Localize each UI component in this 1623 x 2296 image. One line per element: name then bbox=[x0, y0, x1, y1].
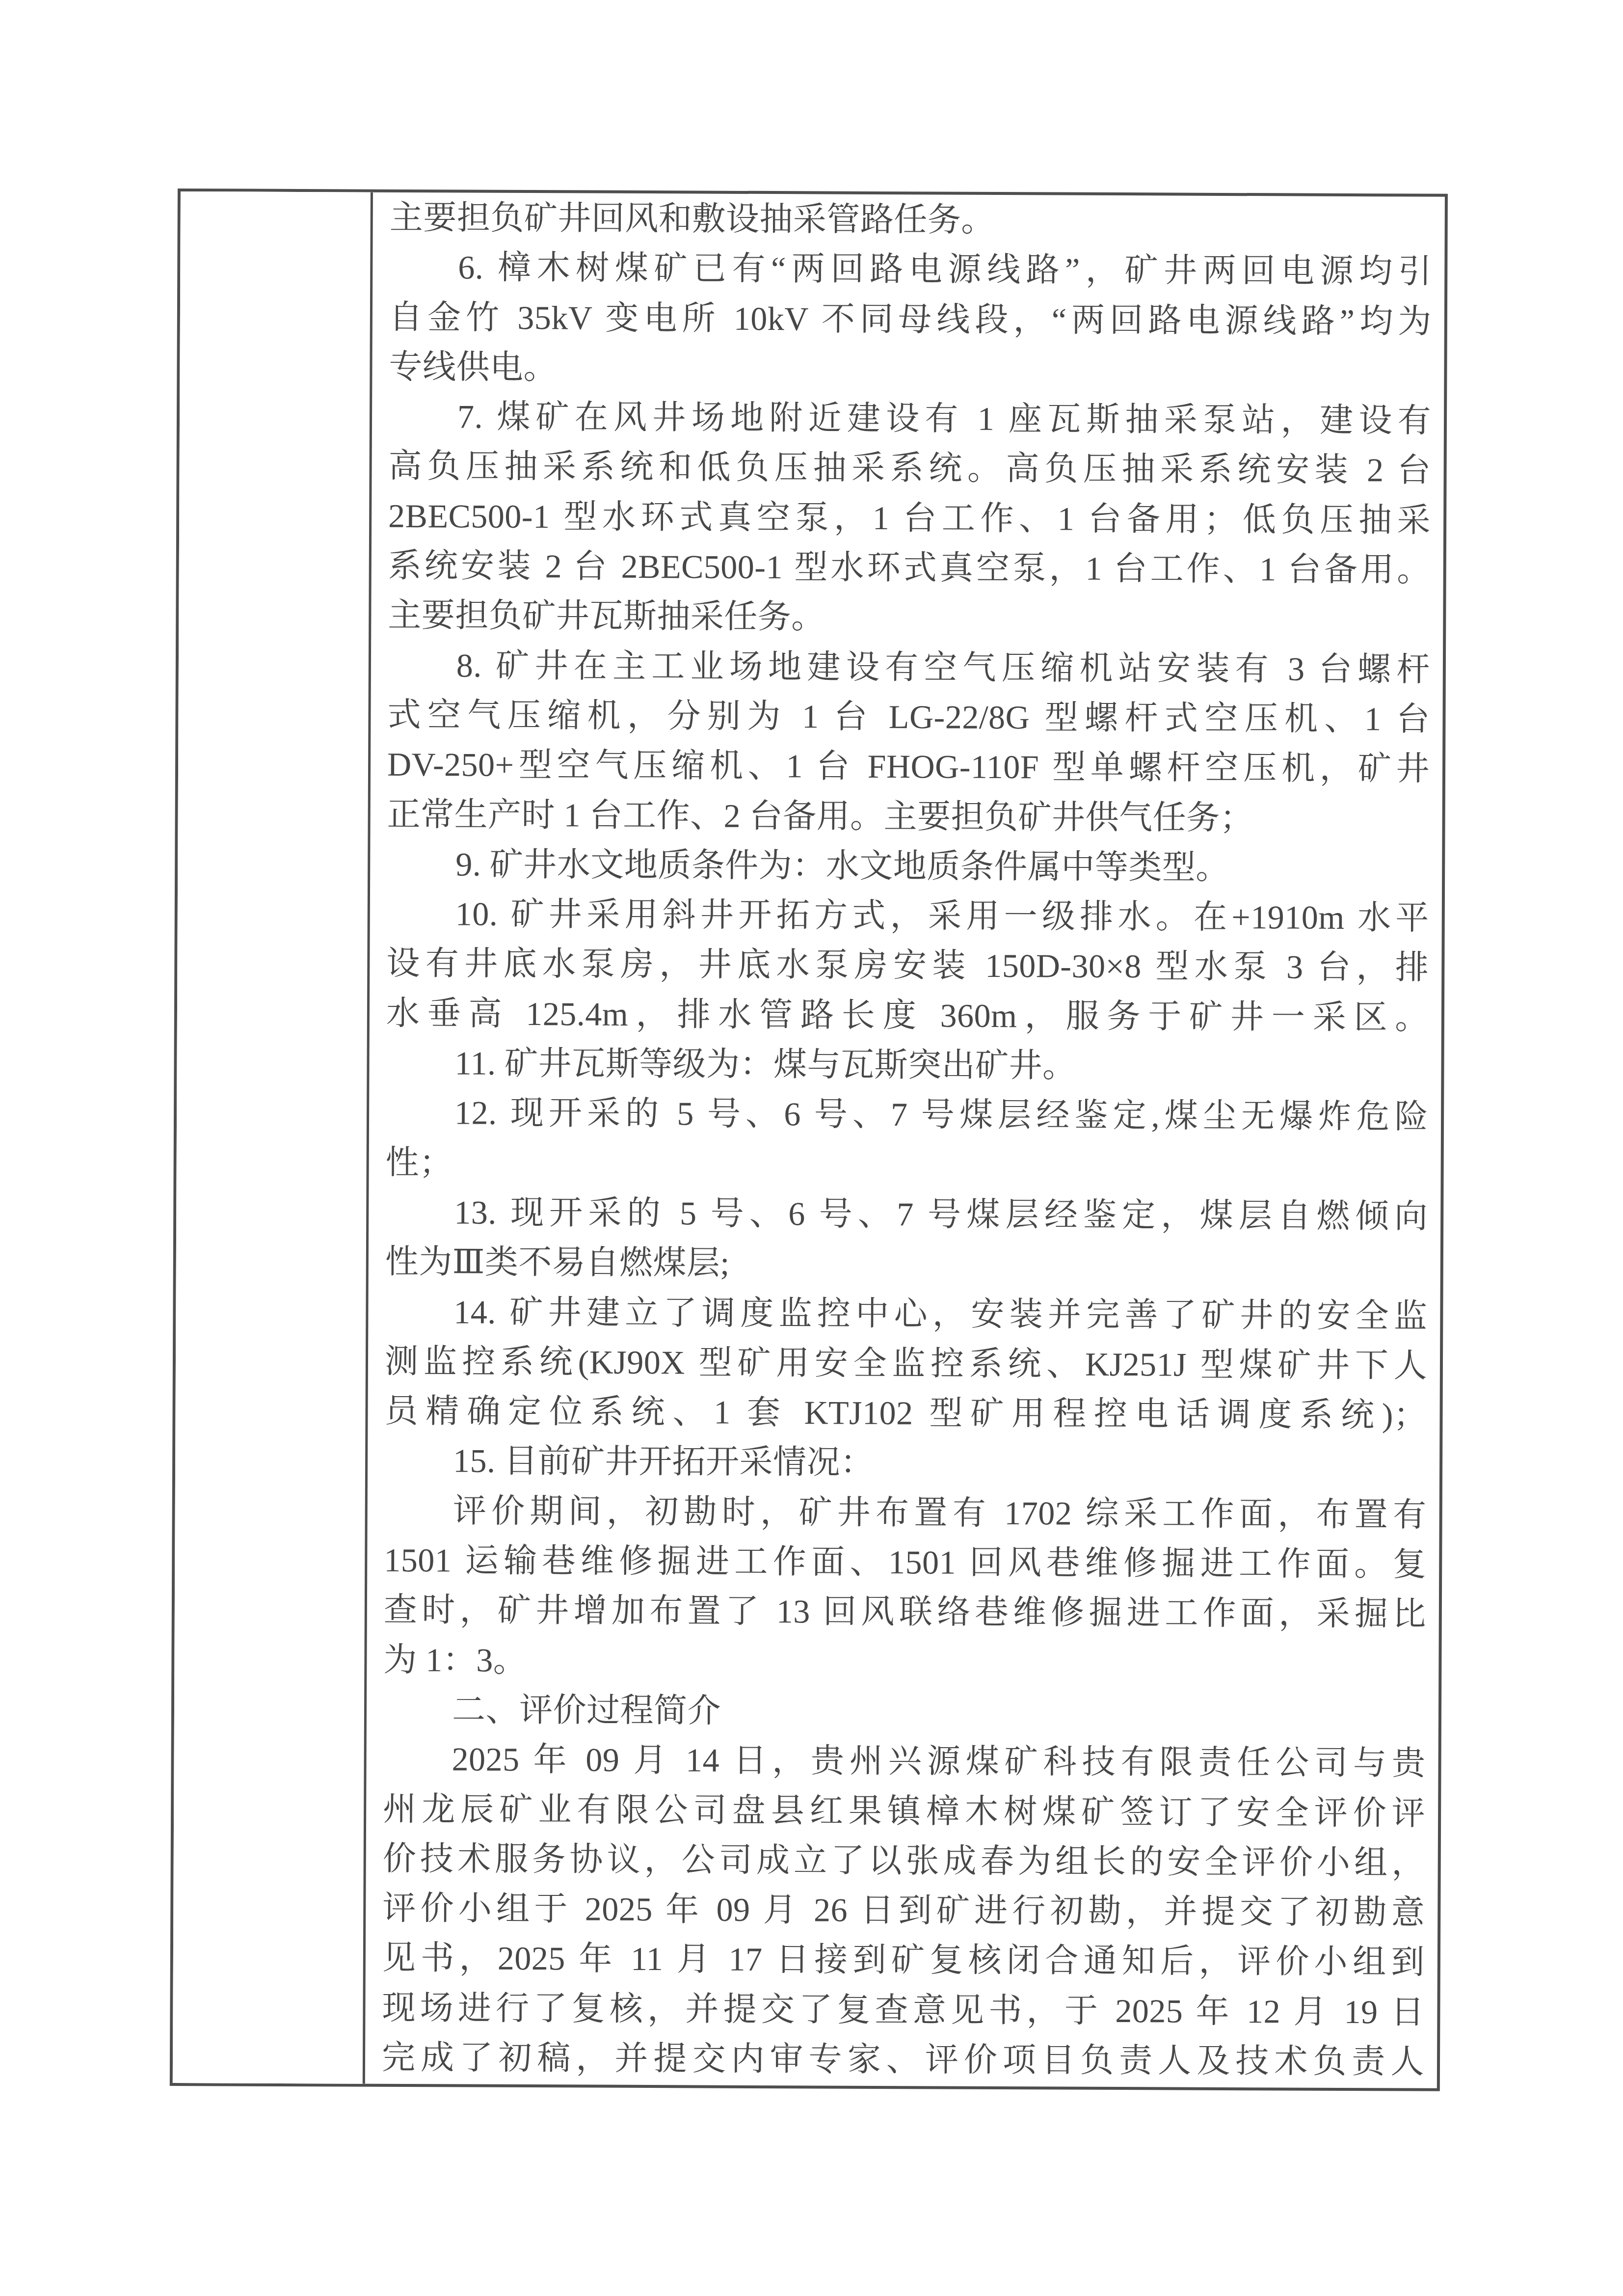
text-line: 10. 矿井采用斜井开拓方式，采用一级排水。在+1910m 水平 bbox=[387, 889, 1429, 943]
text-line: 正常生产时 1 台工作、2 台备用。主要担负矿井供气任务； bbox=[387, 789, 1429, 843]
text-line: 自金竹 35kV 变电所 10kV 不同母线段，“两回路电源线路”均为 bbox=[389, 292, 1432, 346]
text-line: 6. 樟木树煤矿已有“两回路电源线路”，矿井两回电源均引 bbox=[389, 243, 1432, 297]
text-line: 见书，2025 年 11 月 17 日接到矿复核闭合通知后，评价小组到 bbox=[382, 1933, 1425, 1987]
text-line: 为 1：3。 bbox=[383, 1635, 1426, 1689]
text-line: 评价小组于 2025 年 09 月 26 日到矿进行初勘，并提交了初勘意 bbox=[382, 1884, 1425, 1938]
text-line: 14. 矿井建立了调度监控中心，安装并完善了矿井的安全监 bbox=[385, 1287, 1427, 1341]
text-line: 水垂高 125.4m，排水管路长度 360m，服务于矿井一采区。 bbox=[386, 989, 1429, 1043]
text-line: 测监控系统(KJ90X 型矿用安全监控系统、KJ251J 型煤矿井下人 bbox=[385, 1337, 1427, 1391]
text-line: 性为Ⅲ类不易自燃煤层; bbox=[385, 1237, 1428, 1291]
text-line: 8. 矿井在主工业场地建设有空气压缩机站安装有 3 台螺杆 bbox=[388, 640, 1430, 694]
text-line: 7. 煤矿在风井场地附近建设有 1 座瓦斯抽采泵站，建设有 bbox=[389, 392, 1431, 446]
text-line: 12. 现开采的 5 号、6 号、7 号煤层经鉴定,煤尘无爆炸危险 bbox=[386, 1088, 1428, 1142]
text-line: 13. 现开采的 5 号、6 号、7 号煤层经鉴定，煤层自燃倾向 bbox=[385, 1188, 1428, 1242]
text-line: 查时，矿井增加布置了 13 回风联络巷维修掘进工作面，采掘比 bbox=[384, 1585, 1426, 1639]
text-line: 15. 目前矿井开拓开采情况： bbox=[384, 1436, 1427, 1490]
text-line: 州龙辰矿业有限公司盘县红果镇樟木树煤矿签订了安全评价评 bbox=[383, 1784, 1425, 1838]
text-line: 设有井底水泵房，井底水泵房安装 150D-30×8 型水泵 3 台，排 bbox=[386, 939, 1429, 993]
text-line: 9. 矿井水文地质条件为：水文地质条件属中等类型。 bbox=[387, 839, 1429, 893]
document-page: 主要担负矿井回风和敷设抽采管路任务。6. 樟木树煤矿已有“两回路电源线路”，矿井… bbox=[0, 0, 1623, 2296]
text-line: 二、评价过程简介 bbox=[383, 1685, 1426, 1739]
text-line: 主要担负矿井回风和敷设抽采管路任务。 bbox=[390, 193, 1432, 247]
text-line: 1501 运输巷维修掘进工作面、1501 回风巷维修掘进工作面。复 bbox=[384, 1536, 1426, 1590]
text-line: 11. 矿井瓦斯等级为：煤与瓦斯突出矿井。 bbox=[386, 1038, 1428, 1092]
text-line: 2025 年 09 月 14 日，贵州兴源煤矿科技有限责任公司与贵 bbox=[383, 1734, 1425, 1788]
text-line: 主要担负矿井瓦斯抽采任务。 bbox=[388, 591, 1430, 645]
table-left-cell bbox=[173, 191, 373, 2084]
text-line: 现场进行了复核，并提交了复查意见书，于 2025 年 12 月 19 日 bbox=[382, 1983, 1424, 2037]
text-line: 高负压抽采系统和低负压抽采系统。高负压抽采系统安装 2 台 bbox=[388, 441, 1431, 495]
text-line: DV-250+型空气压缩机、1 台 FHOG-110F 型单螺杆空压机，矿井 bbox=[387, 740, 1430, 794]
text-line: 2BEC500-1 型水环式真空泵，1 台工作、1 台备用；低负压抽采 bbox=[388, 491, 1431, 545]
text-line: 员精确定位系统、1 套 KTJ102 型矿用程控电话调度系统)； bbox=[384, 1386, 1427, 1440]
text-line: 完成了初稿，并提交内审专家、评价项目负责人及技术负责人 bbox=[382, 2033, 1424, 2087]
text-line: 系统安装 2 台 2BEC500-1 型水环式真空泵，1 台工作、1 台备用。 bbox=[388, 541, 1431, 595]
text-line: 式空气压缩机，分别为 1 台 LG-22/8G 型螺杆式空压机、1 台 bbox=[387, 690, 1430, 744]
text-line: 评价期间，初勘时，矿井布置有 1702 综采工作面，布置有 bbox=[384, 1486, 1427, 1540]
text-line: 价技术服务协议，公司成立了以张成春为组长的安全评价小组， bbox=[383, 1834, 1425, 1888]
table-content-cell: 主要担负矿井回风和敷设抽采管路任务。6. 樟木树煤矿已有“两回路电源线路”，矿井… bbox=[365, 192, 1445, 2088]
text-line: 专线供电。 bbox=[389, 342, 1431, 396]
content-table: 主要担负矿井回风和敷设抽采管路任务。6. 樟木树煤矿已有“两回路电源线路”，矿井… bbox=[170, 189, 1448, 2091]
text-line: 性； bbox=[385, 1137, 1428, 1191]
